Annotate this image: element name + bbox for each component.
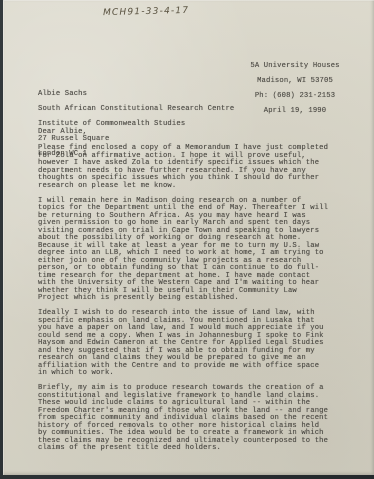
letter-body: Please find enclosed a copy of a Memoran… [38, 145, 350, 460]
sender-address-block: 5A University Houses Madison, WI 53705 P… [247, 55, 343, 123]
letter-paper: MCH91-33-4-17 5A University Houses Madis… [3, 0, 374, 475]
sender-address-line: Madison, WI 53705 [247, 78, 343, 86]
recipient-street-line: 27 Russel Square [38, 136, 234, 144]
body-paragraph: Ideally I wish to do research into the i… [38, 310, 350, 378]
body-paragraph: Please find enclosed a copy of a Memoran… [38, 145, 350, 190]
body-paragraph: Briefly, my aim is to produce research t… [38, 385, 350, 453]
letter-date: April 19, 1990 [247, 108, 343, 116]
sender-phone-line: Ph: (608) 231-2153 [247, 93, 343, 101]
salutation: Dear Albie, [38, 129, 87, 137]
recipient-org-line: South African Constitutional Research Ce… [38, 106, 234, 114]
archival-annotation: MCH91-33-4-17 [103, 6, 189, 18]
body-paragraph: I will remain here in Madison doing rese… [38, 198, 350, 303]
recipient-org-line: Institute of Commonwealth Studies [38, 121, 234, 129]
sender-address-line: 5A University Houses [247, 63, 343, 71]
recipient-name: Albie Sachs [38, 91, 234, 99]
scanned-letter-page: MCH91-33-4-17 5A University Houses Madis… [0, 0, 374, 479]
